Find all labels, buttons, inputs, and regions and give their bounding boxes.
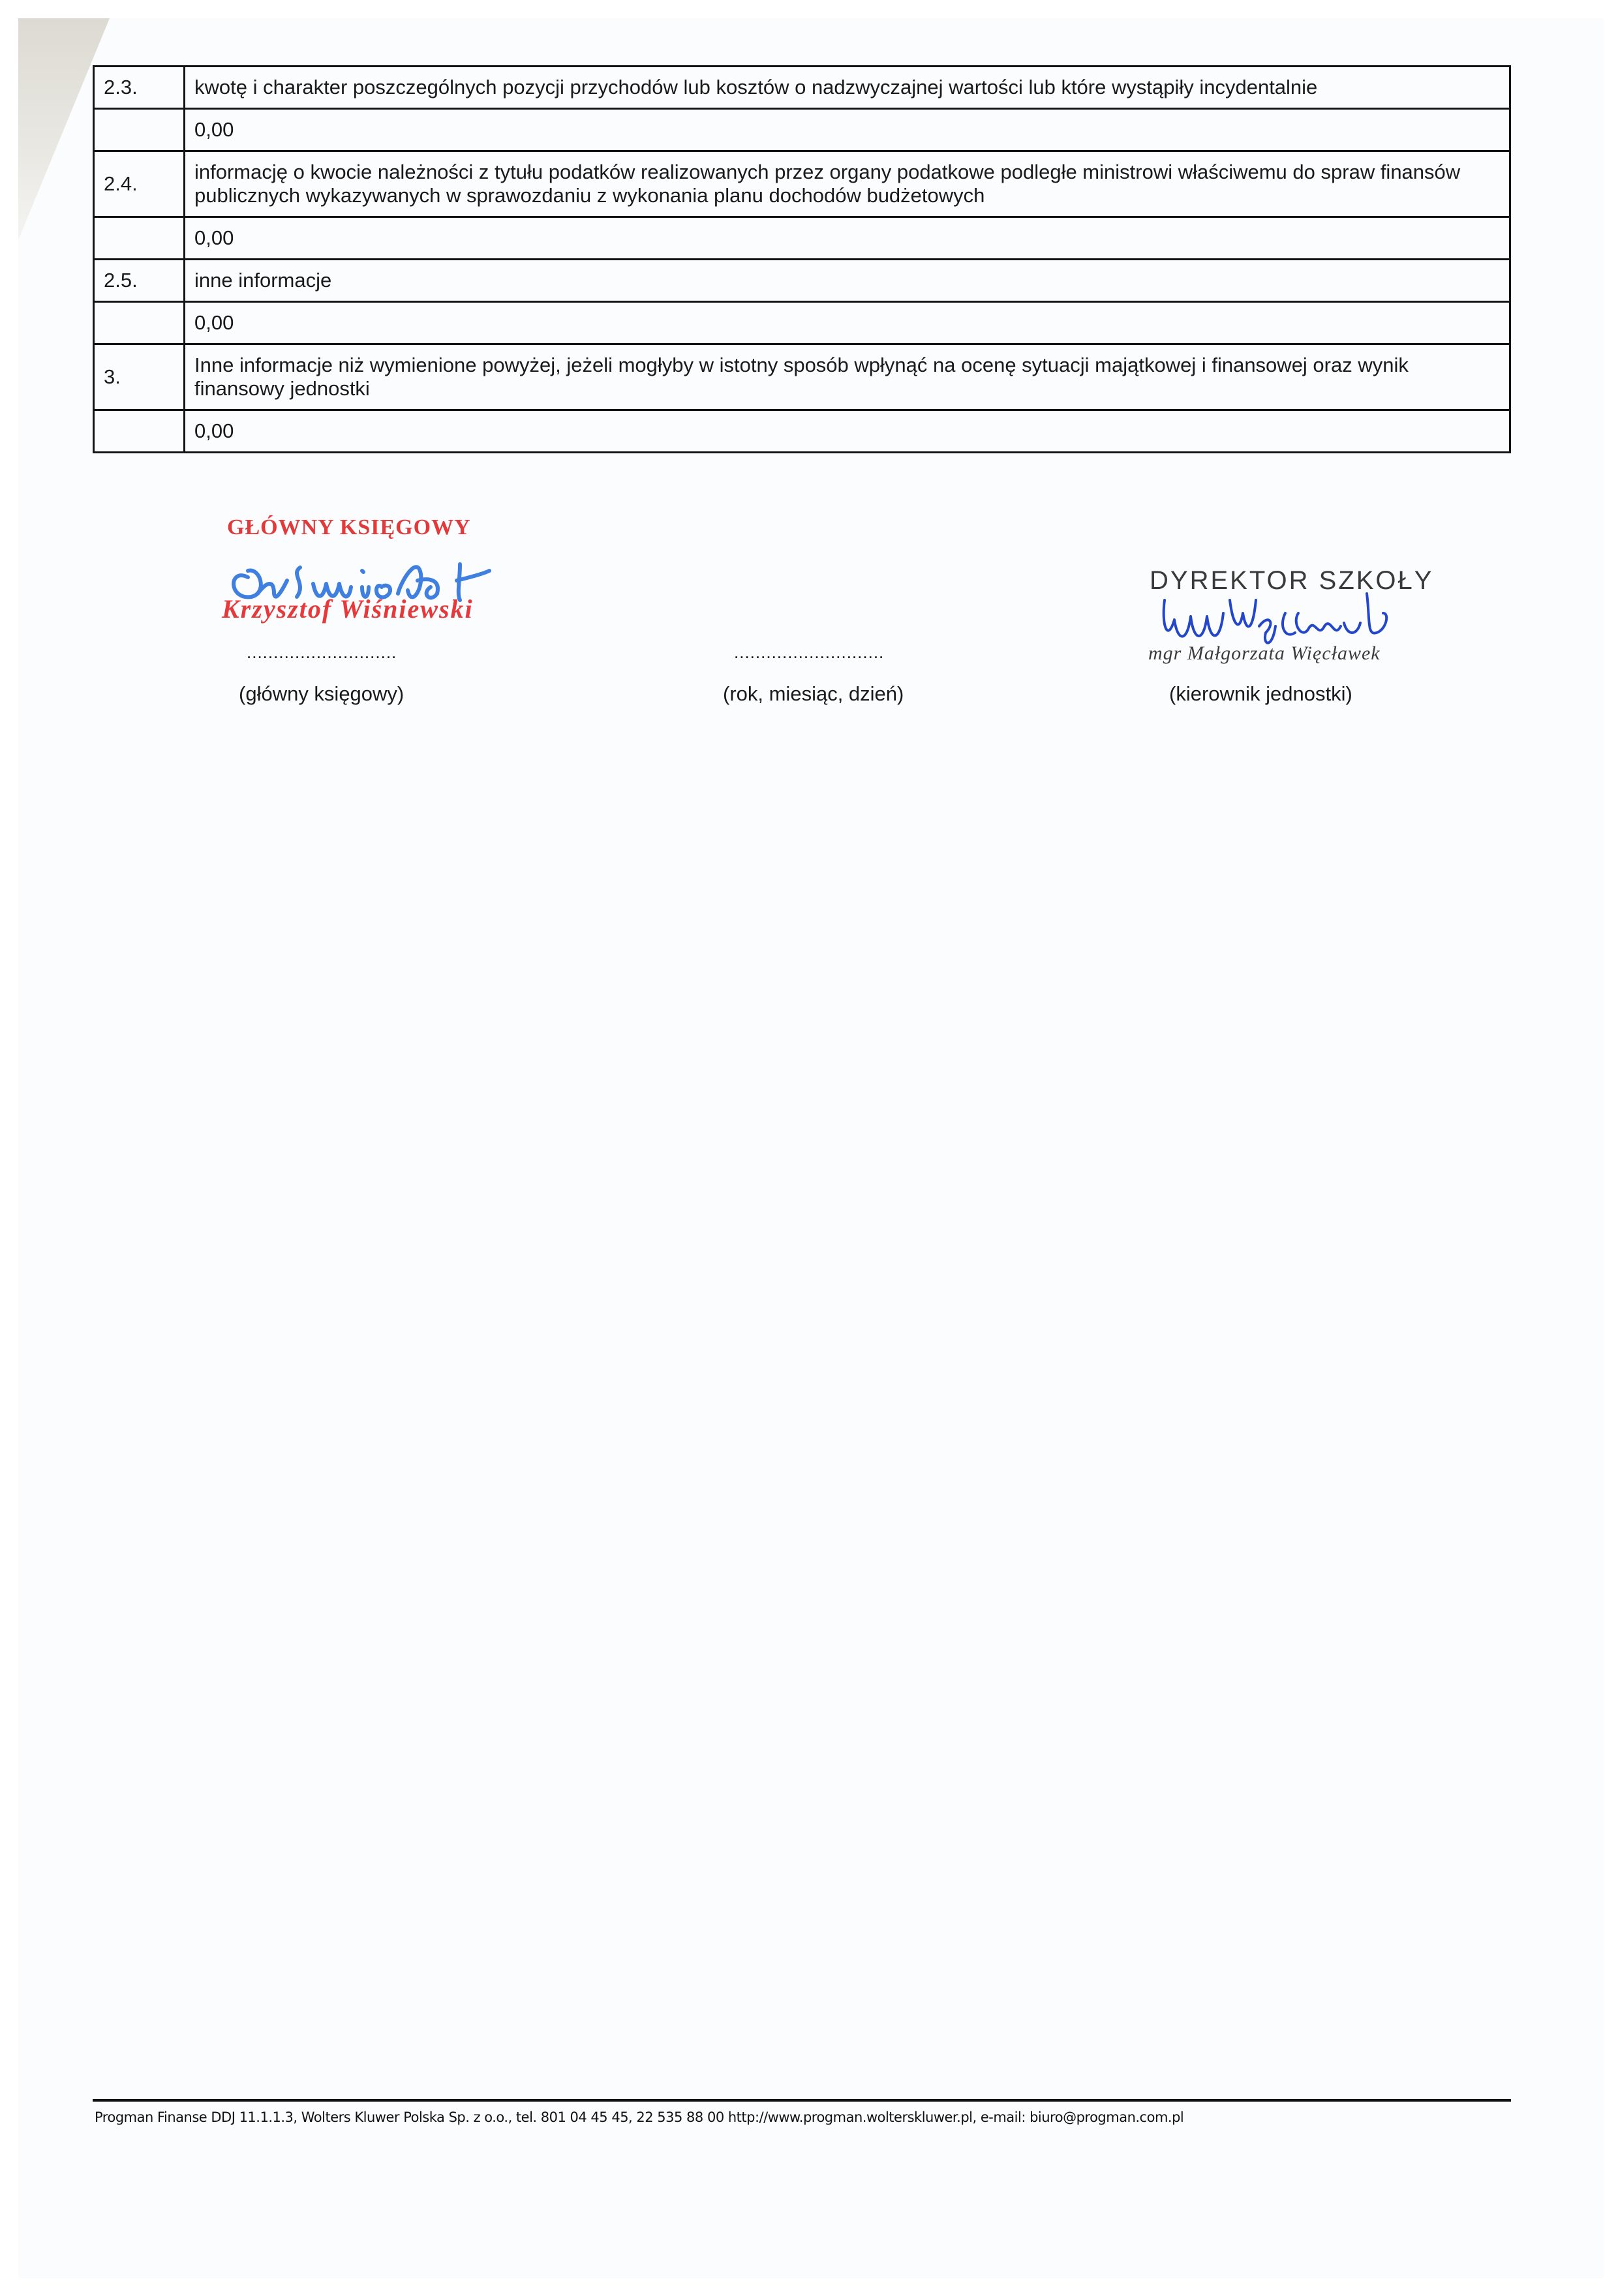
table-row: 0,00 <box>94 302 1510 344</box>
chief-accountant-signature-icon <box>222 541 509 613</box>
row-number-empty <box>94 217 185 260</box>
row-value: 0,00 <box>185 410 1510 453</box>
row-number: 2.5. <box>94 260 185 302</box>
table-row: 3. Inne informacje niż wymienione powyże… <box>94 344 1510 410</box>
table-row: 0,00 <box>94 217 1510 260</box>
date-dotted-line: ............................ <box>734 642 884 663</box>
director-stamp-name: mgr Małgorzata Więcławek <box>1148 642 1381 665</box>
table-row: 0,00 <box>94 410 1510 453</box>
footer-text: Progman Finanse DDJ 11.1.1.3, Wolters Kl… <box>95 2109 1183 2125</box>
table-row: 2.5. inne informacje <box>94 260 1510 302</box>
table-row: 0,00 <box>94 109 1510 151</box>
footer-divider <box>93 2099 1511 2102</box>
chief-accountant-caption: (główny księgowy) <box>239 682 404 706</box>
information-table: 2.3. kwotę i charakter poszczególnych po… <box>93 65 1511 453</box>
row-number: 3. <box>94 344 185 410</box>
date-caption: (rok, miesiąc, dzień) <box>723 682 904 706</box>
row-value: 0,00 <box>185 217 1510 260</box>
row-value: 0,00 <box>185 109 1510 151</box>
table-row: 2.3. kwotę i charakter poszczególnych po… <box>94 67 1510 109</box>
row-description: inne informacje <box>185 260 1510 302</box>
chief-accountant-dotted-line: ............................ <box>247 642 397 663</box>
table-row: 2.4. informację o kwocie należności z ty… <box>94 151 1510 217</box>
row-value: 0,00 <box>185 302 1510 344</box>
row-number: 2.3. <box>94 67 185 109</box>
row-number-empty <box>94 302 185 344</box>
stamp-title: GŁÓWNY KSIĘGOWY <box>227 515 471 540</box>
row-description: informację o kwocie należności z tytułu … <box>185 151 1510 217</box>
row-number: 2.4. <box>94 151 185 217</box>
row-description: kwotę i charakter poszczególnych pozycji… <box>185 67 1510 109</box>
row-description: Inne informacje niż wymienione powyżej, … <box>185 344 1510 410</box>
row-number-empty <box>94 410 185 453</box>
director-caption: (kierownik jednostki) <box>1169 682 1352 706</box>
row-number-empty <box>94 109 185 151</box>
